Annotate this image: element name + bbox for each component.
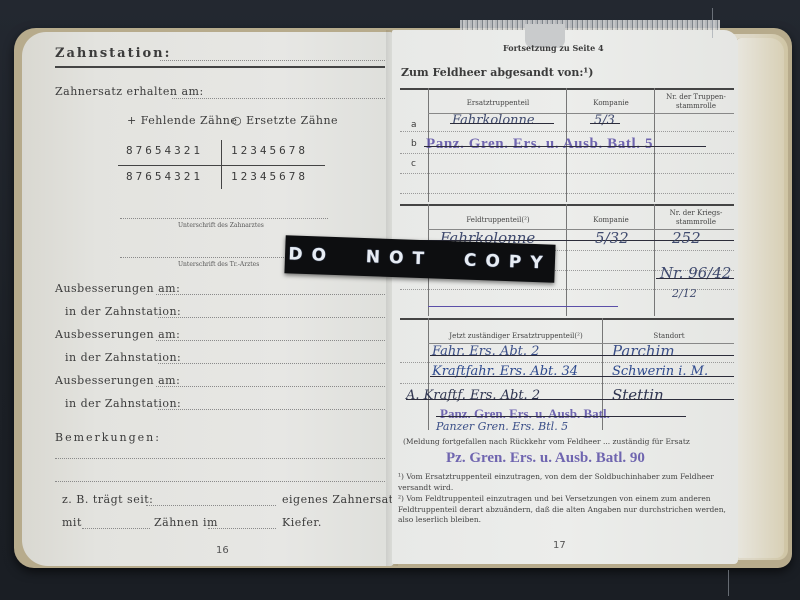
replacement-unit-stamp: Pz. Gren. Ers. u. Ausb. Batl. 90 xyxy=(446,450,645,467)
label-tape-text: DO NOT COPY xyxy=(288,244,552,273)
table1-header-unit: Ersatztruppenteil xyxy=(430,99,566,108)
repair-date-field-3 xyxy=(156,386,385,387)
footnote-2: ²) Vom Feldtruppenteil einzutragen und b… xyxy=(398,494,732,526)
continuation-header: Fortsetzung zu Seite 4 xyxy=(503,43,604,53)
left-page xyxy=(22,32,394,566)
page-number-17: 17 xyxy=(553,540,566,551)
table2-row4-number: 2/12 xyxy=(672,287,697,300)
table1-top-rule xyxy=(400,88,734,90)
page-number-16: 16 xyxy=(216,545,229,556)
table3-header-location: Standort xyxy=(604,332,734,341)
dentist-signature-line xyxy=(120,218,328,219)
strikethrough xyxy=(450,123,554,124)
table2-header-number: Nr. der Kriegs-stammrolle xyxy=(656,209,736,227)
legend-replaced-teeth: ○ Ersetzte Zähne xyxy=(232,114,338,127)
report-note: (Meldung fortgefallen nach Rückkehr vom … xyxy=(403,437,690,448)
table3-header-unit: Jetzt zuständiger Ersatztruppenteil(²) xyxy=(430,332,602,341)
row-letter-b: b xyxy=(411,139,417,149)
strikethrough xyxy=(430,355,734,356)
table3-row1-unit: Fahr. Ers. Abt. 2 xyxy=(432,344,539,359)
table2-header-unit: Feldtruppenteil(²) xyxy=(430,216,566,225)
repair-date-field-2 xyxy=(156,340,385,341)
loose-thread xyxy=(712,8,713,38)
with-label: mit xyxy=(62,516,82,529)
table1-row-line xyxy=(400,193,734,194)
dental-chart-vertical xyxy=(221,140,222,189)
table2-row3-number: Nr. 96/42 xyxy=(660,264,731,282)
repair-date-field-1 xyxy=(156,294,385,295)
strikethrough xyxy=(406,399,734,400)
table3-row1-location: Parchim xyxy=(612,342,675,360)
sent-to-field-army-heading: Zum Feldheer abgesandt von:¹) xyxy=(401,66,593,79)
strikethrough xyxy=(430,376,734,377)
dental-station-field xyxy=(160,60,385,61)
table1-row-line xyxy=(400,173,734,174)
table2-row1-number: 252 xyxy=(672,229,701,247)
repair-station-field-1 xyxy=(158,317,385,318)
strikethrough xyxy=(424,146,706,147)
remarks-line-1 xyxy=(55,458,385,459)
table1-row-a-unit: Fahrkolonne xyxy=(452,113,535,128)
doctor-signature-caption: Unterschrift des Tr.-Arztes xyxy=(178,261,259,268)
lower-right-teeth: 12345678 xyxy=(231,170,308,183)
table3-row-line xyxy=(400,383,734,384)
table1-row-b-unit-stamp: Panz. Gren. Ers. u. Ausb. Batl. 5 xyxy=(426,136,653,153)
table1-header-company: Kompanie xyxy=(568,99,654,108)
strikethrough xyxy=(436,416,686,417)
strikethrough xyxy=(590,123,620,124)
remarks-line-2 xyxy=(55,481,385,482)
denture-received-field xyxy=(172,98,385,99)
table1-row-line xyxy=(400,131,734,132)
legend-missing-teeth: + Fehlende Zähne xyxy=(127,114,237,127)
teeth-count-field xyxy=(82,528,150,529)
table3-row5-unit: Panzer Gren. Ers. Btl. 5 xyxy=(436,420,568,433)
table3-col-divider xyxy=(428,318,429,430)
table3-row3-location: Stettin xyxy=(612,386,664,404)
strikethrough xyxy=(656,278,734,279)
dental-station-title: Zahnstation: xyxy=(55,46,171,61)
table2-col-divider xyxy=(654,204,655,316)
wears-since-label: z. B. trägt seit: xyxy=(62,493,153,506)
title-rule xyxy=(55,66,385,68)
table1-row-line xyxy=(400,153,734,154)
table1-header-number: Nr. der Truppen-stammrolle xyxy=(656,93,736,111)
table3-top-rule xyxy=(400,318,734,320)
table1-row-a-company: 5/3 xyxy=(594,113,615,128)
footnote-1: ¹) Vom Ersatztruppenteil einzutragen, vo… xyxy=(398,472,732,493)
table1-col-divider xyxy=(654,88,655,202)
page-stack-edge-inner xyxy=(735,38,784,558)
jaw-field xyxy=(208,528,276,529)
strikethrough xyxy=(428,306,618,307)
row-letter-a: a xyxy=(411,120,417,130)
row-letter-c: c xyxy=(411,159,416,169)
loose-thread xyxy=(728,570,729,596)
table2-row1-company: 5/32 xyxy=(595,229,629,247)
jaw-label: Kiefer. xyxy=(282,516,322,529)
table2-col-divider xyxy=(566,204,567,316)
table2-header-company: Kompanie xyxy=(568,216,654,225)
repair-station-field-2 xyxy=(158,363,385,364)
remarks-label: Bemerkungen: xyxy=(55,431,161,444)
denture-received-label: Zahnersatz erhalten am: xyxy=(55,85,204,98)
dentist-signature-caption: Unterschrift des Zahnarztes xyxy=(178,222,264,229)
table2-top-rule xyxy=(400,204,734,206)
repair-station-field-3 xyxy=(158,409,385,410)
lower-left-teeth: 87654321 xyxy=(126,170,203,183)
upper-left-teeth: 87654321 xyxy=(126,144,203,157)
upper-right-teeth: 12345678 xyxy=(231,144,308,157)
wears-since-field xyxy=(146,505,276,506)
table3-row-line xyxy=(400,362,734,363)
table3-row3-unit: A. Kraftf. Ers. Abt. 2 xyxy=(406,388,540,403)
